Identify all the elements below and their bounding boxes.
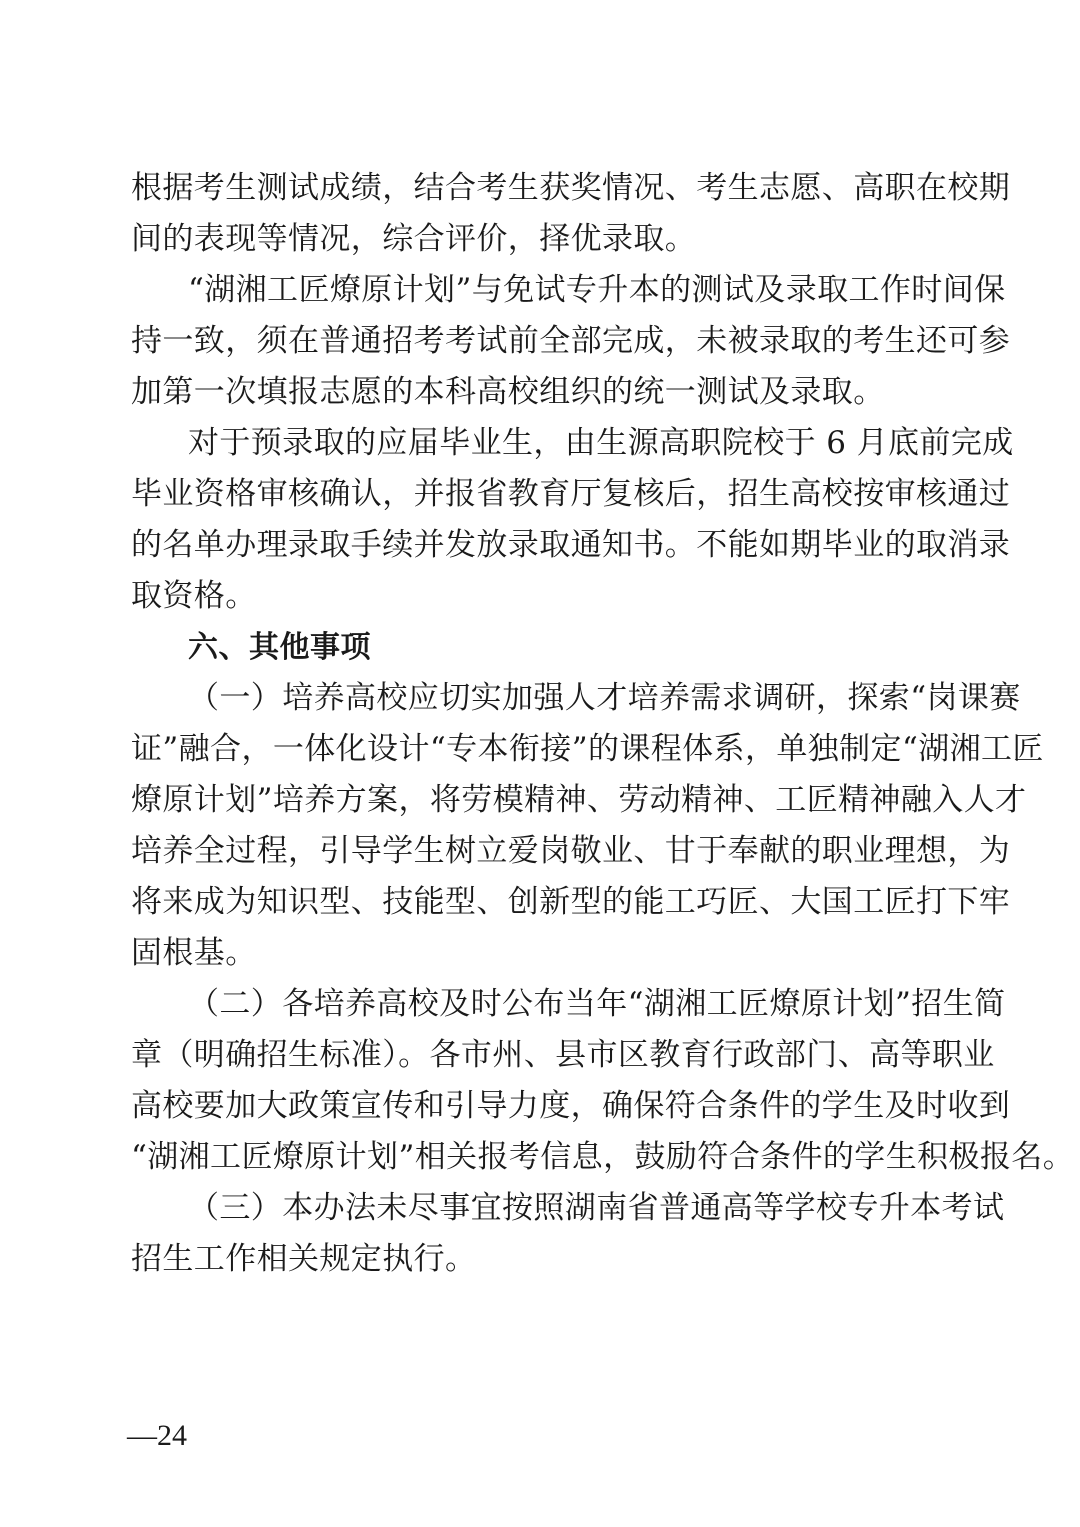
text-line: 加第一次填报志愿的本科高校组织的统一测试及录取。: [131, 367, 961, 418]
document-page: 根据考生测试成绩，结合考生获奖情况、考生志愿、高职在校期 间的表现等情况，综合评…: [0, 0, 1080, 1527]
document-body: 根据考生测试成绩，结合考生获奖情况、考生志愿、高职在校期 间的表现等情况，综合评…: [131, 163, 961, 1285]
text-line: 持一致，须在普通招考考试前全部完成，未被录取的考生还可参: [131, 316, 961, 367]
paragraph-start-line: （一）培养高校应切实加强人才培养需求调研，探索“岗课赛: [131, 673, 961, 724]
paragraph-start-line: 对于预录取的应届毕业生，由生源高职院校于 6 月底前完成: [131, 418, 961, 469]
text-line: 证”融合，一体化设计“专本衔接”的课程体系，单独制定“湖湘工匠: [131, 724, 961, 775]
paragraph-start-line: “湖湘工匠燎原计划”与免试专升本的测试及录取工作时间保: [131, 265, 961, 316]
text-line: 章（明确招生标准）。各市州、县市区教育行政部门、高等职业: [131, 1030, 961, 1081]
text-line: “湖湘工匠燎原计划”相关报考信息，鼓励符合条件的学生积极报名。: [131, 1132, 961, 1183]
paragraph-start-line: （二）各培养高校及时公布当年“湖湘工匠燎原计划”招生简: [131, 979, 961, 1030]
section-heading: 六、其他事项: [131, 622, 961, 673]
text-line: 毕业资格审核确认，并报省教育厅复核后，招生高校按审核通过: [131, 469, 961, 520]
text-line: 间的表现等情况，综合评价，择优录取。: [131, 214, 961, 265]
text-line: 根据考生测试成绩，结合考生获奖情况、考生志愿、高职在校期: [131, 163, 961, 214]
text-line: 的名单办理录取手续并发放录取通知书。不能如期毕业的取消录: [131, 520, 961, 571]
paragraph-start-line: （三）本办法未尽事宜按照湖南省普通高等学校专升本考试: [131, 1183, 961, 1234]
text-line: 高校要加大政策宣传和引导力度，确保符合条件的学生及时收到: [131, 1081, 961, 1132]
text-line: 招生工作相关规定执行。: [131, 1234, 961, 1285]
text-line: 固根基。: [131, 928, 961, 979]
text-line: 燎原计划”培养方案，将劳模精神、劳动精神、工匠精神融入人才: [131, 775, 961, 826]
text-line: 将来成为知识型、技能型、创新型的能工巧匠、大国工匠打下牢: [131, 877, 961, 928]
text-line: 取资格。: [131, 571, 961, 622]
page-number: —24: [127, 1418, 187, 1454]
text-line: 培养全过程，引导学生树立爱岗敬业、甘于奉献的职业理想，为: [131, 826, 961, 877]
